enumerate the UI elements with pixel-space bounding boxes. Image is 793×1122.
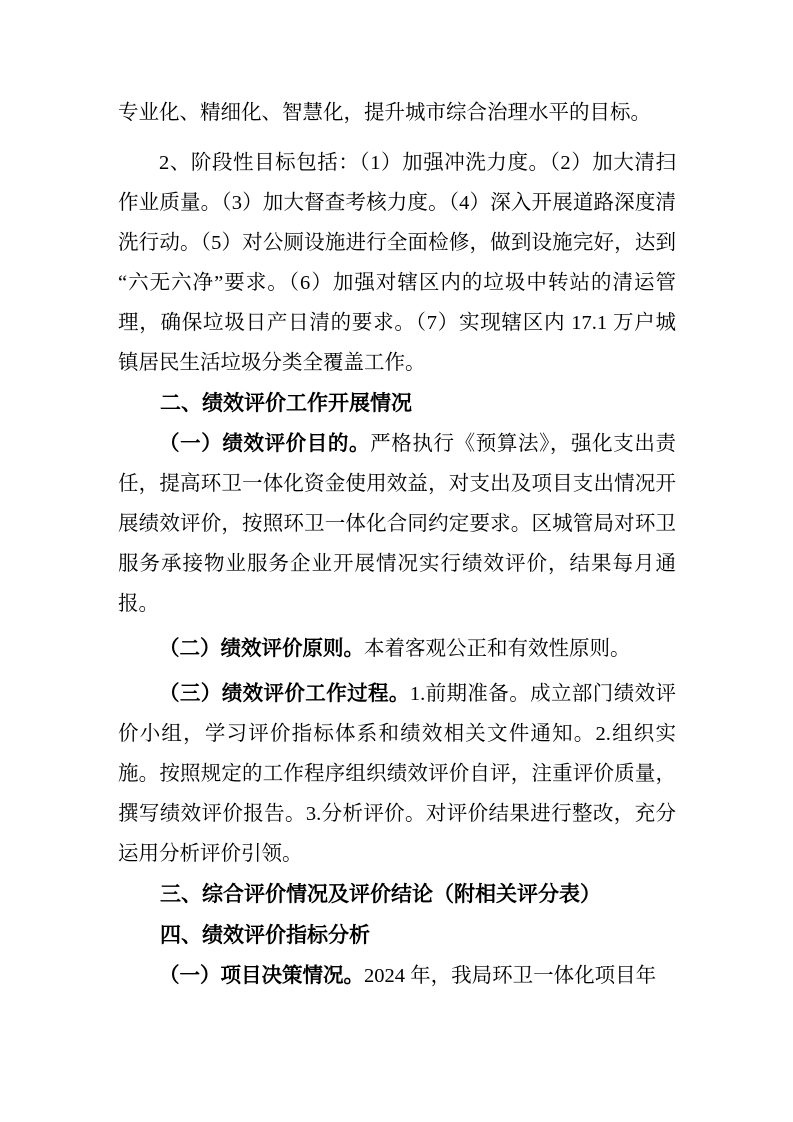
paragraph: （一）绩效评价目的。严格执行《预算法》，强化支出责任，提高环卫一体化资金使用效益… <box>118 424 676 624</box>
paragraph-lead: （三）绩效评价工作过程。 <box>159 683 410 705</box>
paragraph: 2、阶段性目标包括：（1）加强冲洗力度。（2）加大清扫作业质量。（3）加大督查考… <box>118 143 676 383</box>
document-page: 专业化、精细化、智慧化，提升城市综合治理水平的目标。2、阶段性目标包括：（1）加… <box>0 0 793 1122</box>
paragraph-lead: （一）绩效评价目的。 <box>159 433 370 455</box>
paragraph-text: 四、绩效评价指标分析 <box>160 924 370 947</box>
paragraph-text: 严格执行《预算法》，强化支出责任，提高环卫一体化资金使用效益，对支出及项目支出情… <box>118 433 676 615</box>
paragraph: （二）绩效评价原则。本着客观公正和有效性原则。 <box>118 629 676 669</box>
paragraph: 专业化、精细化、智慧化，提升城市综合治理水平的目标。 <box>118 93 676 133</box>
section-heading: 三、综合评价情况及评价结论（附相关评分表） <box>118 874 676 915</box>
paragraph-text: 2、阶段性目标包括：（1）加强冲洗力度。（2）加大清扫作业质量。（3）加大督查考… <box>118 152 676 374</box>
paragraph-text: 二、绩效评价工作开展情况 <box>160 392 412 415</box>
paragraph-text: 2024 年，我局环卫一体化项目年 <box>364 965 656 987</box>
paragraph: （一）项目决策情况。2024 年，我局环卫一体化项目年 <box>118 956 676 996</box>
paragraph-text: 三、综合评价情况及评价结论（附相关评分表） <box>160 883 601 906</box>
paragraph-text: 本着客观公正和有效性原则。 <box>364 638 631 660</box>
paragraph-lead: （一）项目决策情况。 <box>159 965 364 987</box>
paragraph-lead: （二）绩效评价原则。 <box>159 638 364 660</box>
paragraph: （三）绩效评价工作过程。1.前期准备。成立部门绩效评价小组，学习评价指标体系和绩… <box>118 674 676 874</box>
section-heading: 四、绩效评价指标分析 <box>118 915 676 956</box>
document-body: 专业化、精细化、智慧化，提升城市综合治理水平的目标。2、阶段性目标包括：（1）加… <box>118 93 676 996</box>
paragraph-text: 1.前期准备。成立部门绩效评价小组，学习评价指标体系和绩效相关文件通知。2.组织… <box>118 683 676 865</box>
section-heading: 二、绩效评价工作开展情况 <box>118 383 676 424</box>
paragraph-text: 专业化、精细化、智慧化，提升城市综合治理水平的目标。 <box>118 102 651 124</box>
